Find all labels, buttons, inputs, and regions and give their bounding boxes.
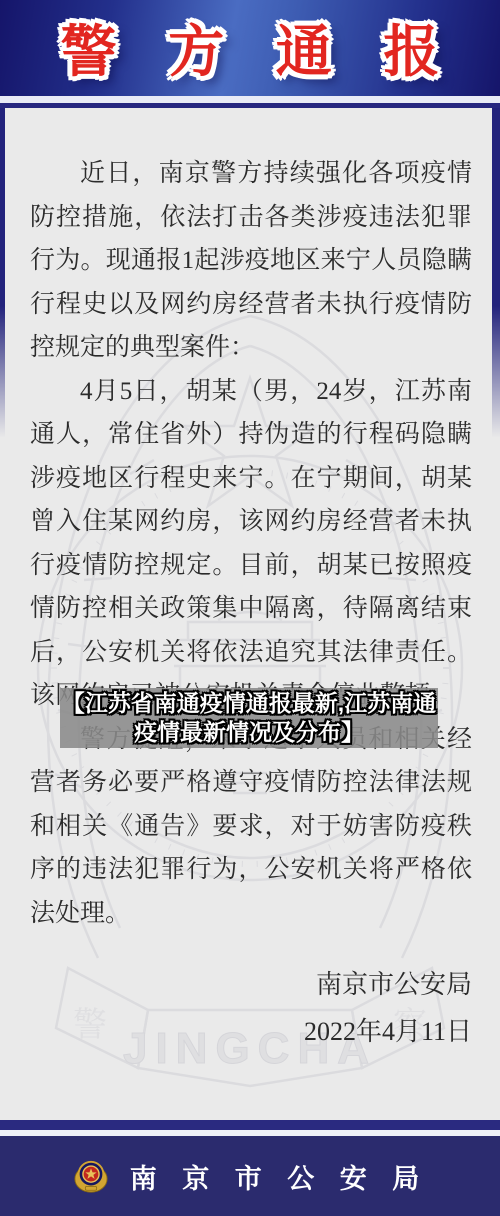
left-border-fade	[0, 108, 5, 438]
signature-block: 南京市公安局 2022年4月11日	[0, 961, 500, 1055]
caption-line-1: 【江苏省南通疫情通报最新,江苏南通	[62, 689, 436, 718]
page-title: 警 方 通 报	[43, 8, 458, 88]
footer-org-label: 南 京 市 公 安 局	[130, 1157, 429, 1196]
footer-bar: 南 京 市 公 安 局	[0, 1136, 500, 1216]
separator-light	[0, 96, 500, 103]
right-border-fade	[492, 108, 500, 438]
notice-body: JINGCHA 警 察 近日，南京警方持续强化各项疫情防控措施，依法打击各类涉疫…	[0, 108, 500, 1120]
paragraph-intro: 近日，南京警方持续强化各项疫情防控措施，依法打击各类涉疫违法犯罪行为。现通报1起…	[30, 152, 472, 370]
police-badge-icon	[72, 1158, 110, 1194]
signature-date: 2022年4月11日	[0, 1008, 472, 1055]
signature-org: 南京市公安局	[0, 961, 472, 1008]
footer-separator-navy	[0, 1120, 500, 1130]
police-notice-poster: 警 方 通 报	[0, 0, 500, 1216]
caption-line-2: 疫情最新情况及分布】	[134, 718, 364, 747]
header-banner: 警 方 通 报	[0, 0, 500, 96]
notice-paragraphs: 近日，南京警方持续强化各项疫情防控措施，依法打击各类涉疫违法犯罪行为。现通报1起…	[0, 108, 500, 935]
caption-overlay: 【江苏省南通疫情通报最新,江苏南通 疫情最新情况及分布】	[60, 688, 438, 748]
paragraph-reminder: 警方提醒，来宁返宁人员和相关经营者务必要严格遵守疫情防控法律法规和相关《通告》要…	[30, 718, 472, 936]
paragraph-case: 4月5日，胡某（男，24岁，江苏南通人，常住省外）持伪造的行程码隐瞒涉疫地区行程…	[30, 370, 472, 718]
